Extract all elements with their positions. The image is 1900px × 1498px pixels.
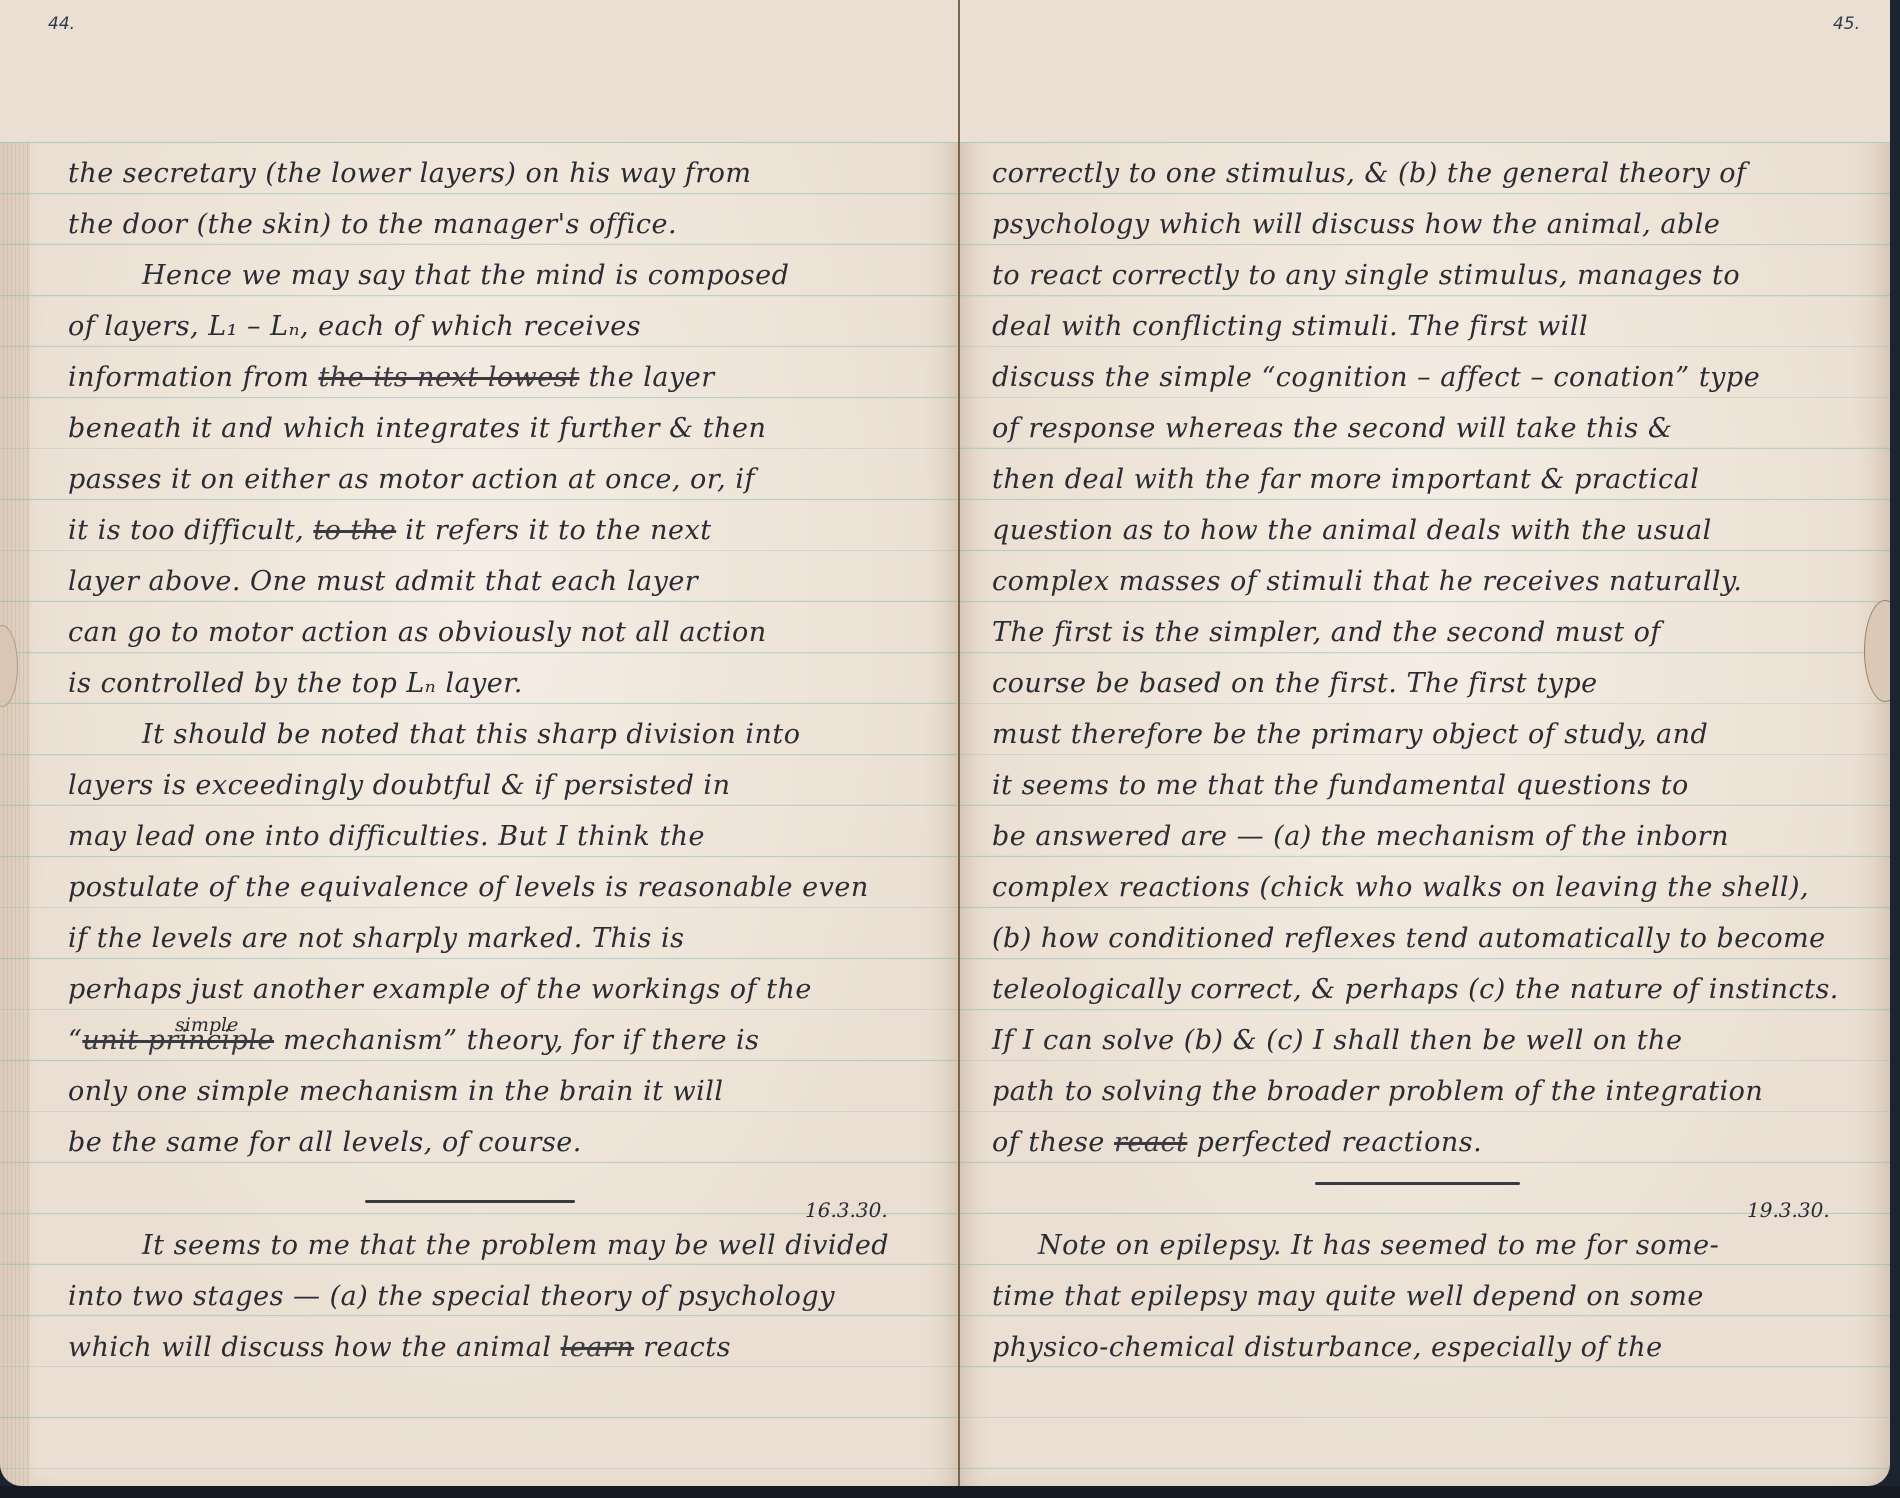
handwritten-line: is controlled by the top Lₙ layer.	[68, 668, 523, 699]
handwritten-line: psychology which will discuss how the an…	[992, 209, 1720, 240]
handwritten-line: deal with conflicting stimuli. The first…	[992, 311, 1588, 342]
handwritten-line: can go to motor action as obviously not …	[68, 617, 767, 648]
page-number: 45.	[1833, 14, 1860, 34]
handwritten-line: complex masses of stimuli that he receiv…	[992, 566, 1742, 597]
handwritten-line: into two stages — (a) the special theory…	[68, 1281, 835, 1312]
right-page: 45. correctly to one stimulus, & (b) the…	[958, 0, 1890, 1486]
handwritten-line: If I can solve (b) & (c) I shall then be…	[992, 1025, 1682, 1056]
struck-text: react	[1114, 1127, 1187, 1158]
handwritten-line: (b) how conditioned reflexes tend automa…	[992, 923, 1826, 954]
handwritten-line: it is too difficult, to the it refers it…	[68, 515, 712, 546]
handwritten-line: the door (the skin) to the manager's off…	[68, 209, 677, 240]
entry-date: 16.3.30.	[805, 1198, 888, 1222]
handwritten-line: to react correctly to any single stimulu…	[992, 260, 1740, 291]
handwritten-line: be the same for all levels, of course.	[68, 1127, 582, 1158]
handwritten-line: Note on epilepsy. It has seemed to me fo…	[1038, 1230, 1719, 1261]
handwritten-line: Hence we may say that the mind is compos…	[142, 260, 789, 291]
handwritten-line: then deal with the far more important & …	[992, 464, 1699, 495]
handwritten-line: postulate of the equivalence of levels i…	[68, 872, 869, 903]
handwritten-line: passes it on either as motor action at o…	[68, 464, 755, 495]
handwritten-line: discuss the simple “cognition – affect –…	[992, 362, 1760, 393]
top-ruled-line	[960, 142, 1890, 143]
page-number: 44.	[48, 14, 75, 34]
handwritten-line: may lead one into difficulties. But I th…	[68, 821, 705, 852]
struck-text: learn	[561, 1332, 635, 1363]
top-ruled-line	[0, 142, 958, 143]
handwritten-line: be answered are — (a) the mechanism of t…	[992, 821, 1729, 852]
struck-text: the its next lowest	[318, 362, 579, 393]
handwritten-line: which will discuss how the animal learn …	[68, 1332, 731, 1363]
handwritten-line: course be based on the first. The first …	[992, 668, 1598, 699]
handwritten-line: must therefore be the primary object of …	[992, 719, 1708, 750]
handwritten-line: layers is exceedingly doubtful & if pers…	[68, 770, 730, 801]
handwritten-line: if the levels are not sharply marked. Th…	[68, 923, 684, 954]
section-divider	[365, 1200, 575, 1203]
left-page: 44. the secretary (the lower layers) on …	[0, 0, 958, 1486]
handwritten-line: perhaps just another example of the work…	[68, 974, 812, 1005]
handwritten-line: question as to how the animal deals with…	[992, 515, 1712, 546]
handwritten-line: it seems to me that the fundamental ques…	[992, 770, 1689, 801]
struck-text: unit principle	[82, 1025, 274, 1056]
handwritten-line: time that epilepsy may quite well depend…	[992, 1281, 1704, 1312]
handwritten-line: correctly to one stimulus, & (b) the gen…	[992, 158, 1747, 189]
handwritten-line: It should be noted that this sharp divis…	[142, 719, 801, 750]
handwritten-line: path to solving the broader problem of t…	[992, 1076, 1763, 1107]
section-divider	[1315, 1182, 1520, 1185]
handwritten-line: of these react perfected reactions.	[992, 1127, 1482, 1158]
handwritten-line: beneath it and which integrates it furth…	[68, 413, 766, 444]
struck-text: to the	[313, 515, 396, 546]
background-surface	[0, 1486, 1900, 1498]
open-notebook: 44. the secretary (the lower layers) on …	[0, 0, 1900, 1486]
handwritten-line: complex reactions (chick who walks on le…	[992, 872, 1809, 903]
handwritten-line: physico-chemical disturbance, especially…	[992, 1332, 1663, 1363]
handwritten-line: teleologically correct, & perhaps (c) th…	[992, 974, 1839, 1005]
handwritten-line: layer above. One must admit that each la…	[68, 566, 698, 597]
handwritten-line: “unit principle mechanism” theory, for i…	[68, 1025, 760, 1056]
handwritten-line: only one simple mechanism in the brain i…	[68, 1076, 724, 1107]
handwritten-line: information from the its next lowest the…	[68, 362, 715, 393]
handwritten-line: It seems to me that the problem may be w…	[142, 1230, 889, 1261]
handwritten-line: The first is the simpler, and the second…	[992, 617, 1661, 648]
entry-date: 19.3.30.	[1747, 1198, 1830, 1222]
handwritten-line: of response whereas the second will take…	[992, 413, 1672, 444]
handwritten-line: of layers, L₁ – Lₙ, each of which receiv…	[68, 311, 641, 342]
handwritten-line: the secretary (the lower layers) on his …	[68, 158, 751, 189]
